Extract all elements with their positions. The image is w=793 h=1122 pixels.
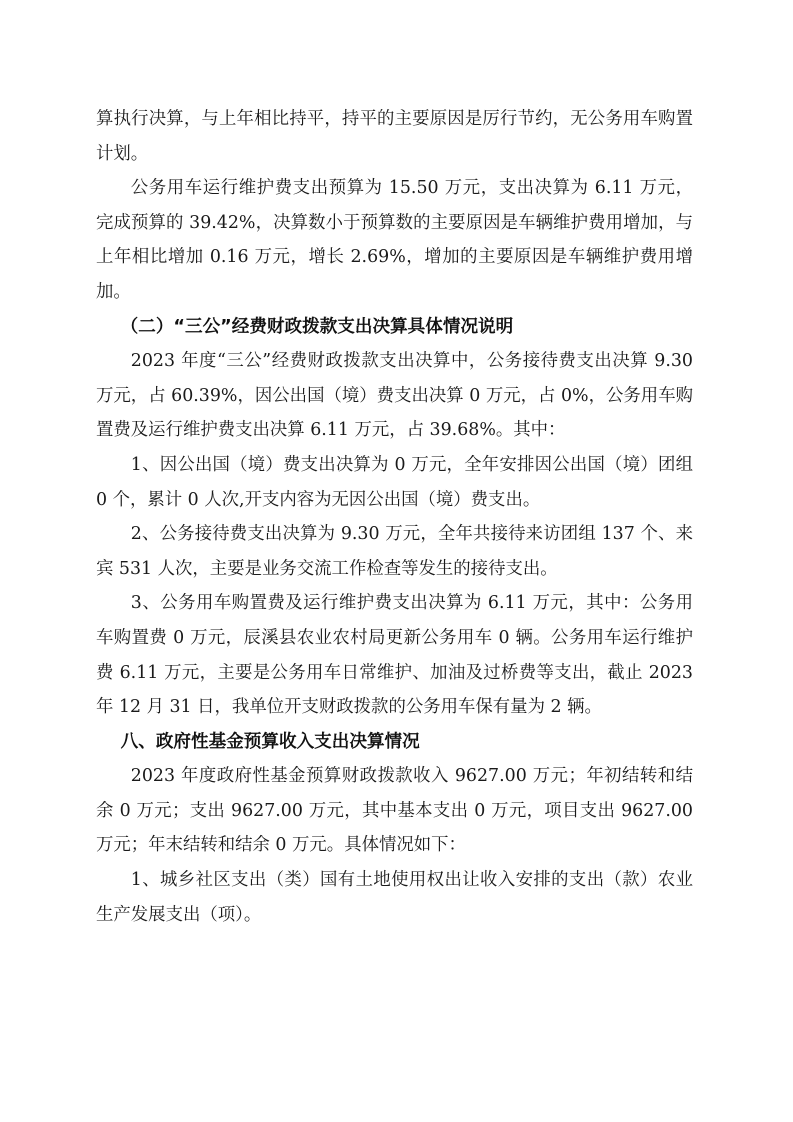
paragraph-urban-rural-expenditure: 1、城乡社区支出（类）国有土地使用权出让收入安排的支出（款）农业生产发展支出（项… (96, 863, 693, 932)
paragraph-reception: 2、公务接待费支出决算为 9.30 万元，全年共接待来访团组 137 个、来宾 … (96, 517, 693, 586)
section-heading-government-fund: 八、政府性基金预算收入支出决算情况 (96, 725, 693, 760)
document-page: 算执行决算，与上年相比持平，持平的主要原因是厉行节约，无公务用车购置计划。 公务… (96, 102, 693, 932)
paragraph-government-fund-summary: 2023 年度政府性基金预算财政拨款收入 9627.00 万元；年初结转和结余 … (96, 759, 693, 863)
paragraph-continuation-vehicle-purchase: 算执行决算，与上年相比持平，持平的主要原因是厉行节约，无公务用车购置计划。 (96, 102, 693, 171)
paragraph-three-public-summary: 2023 年度“三公”经费财政拨款支出决算中，公务接待费支出决算 9.30 万元… (96, 344, 693, 448)
paragraph-official-vehicles: 3、公务用车购置费及运行维护费支出决算为 6.11 万元，其中：公务用车购置费 … (96, 586, 693, 724)
paragraph-overseas-travel: 1、因公出国（境）费支出决算为 0 万元，全年安排因公出国（境）团组 0 个，累… (96, 448, 693, 517)
section-heading-three-public-expenses: （二）“三公”经费财政拨款支出决算具体情况说明 (96, 310, 693, 345)
paragraph-vehicle-maintenance: 公务用车运行维护费支出预算为 15.50 万元，支出决算为 6.11 万元，完成… (96, 171, 693, 309)
